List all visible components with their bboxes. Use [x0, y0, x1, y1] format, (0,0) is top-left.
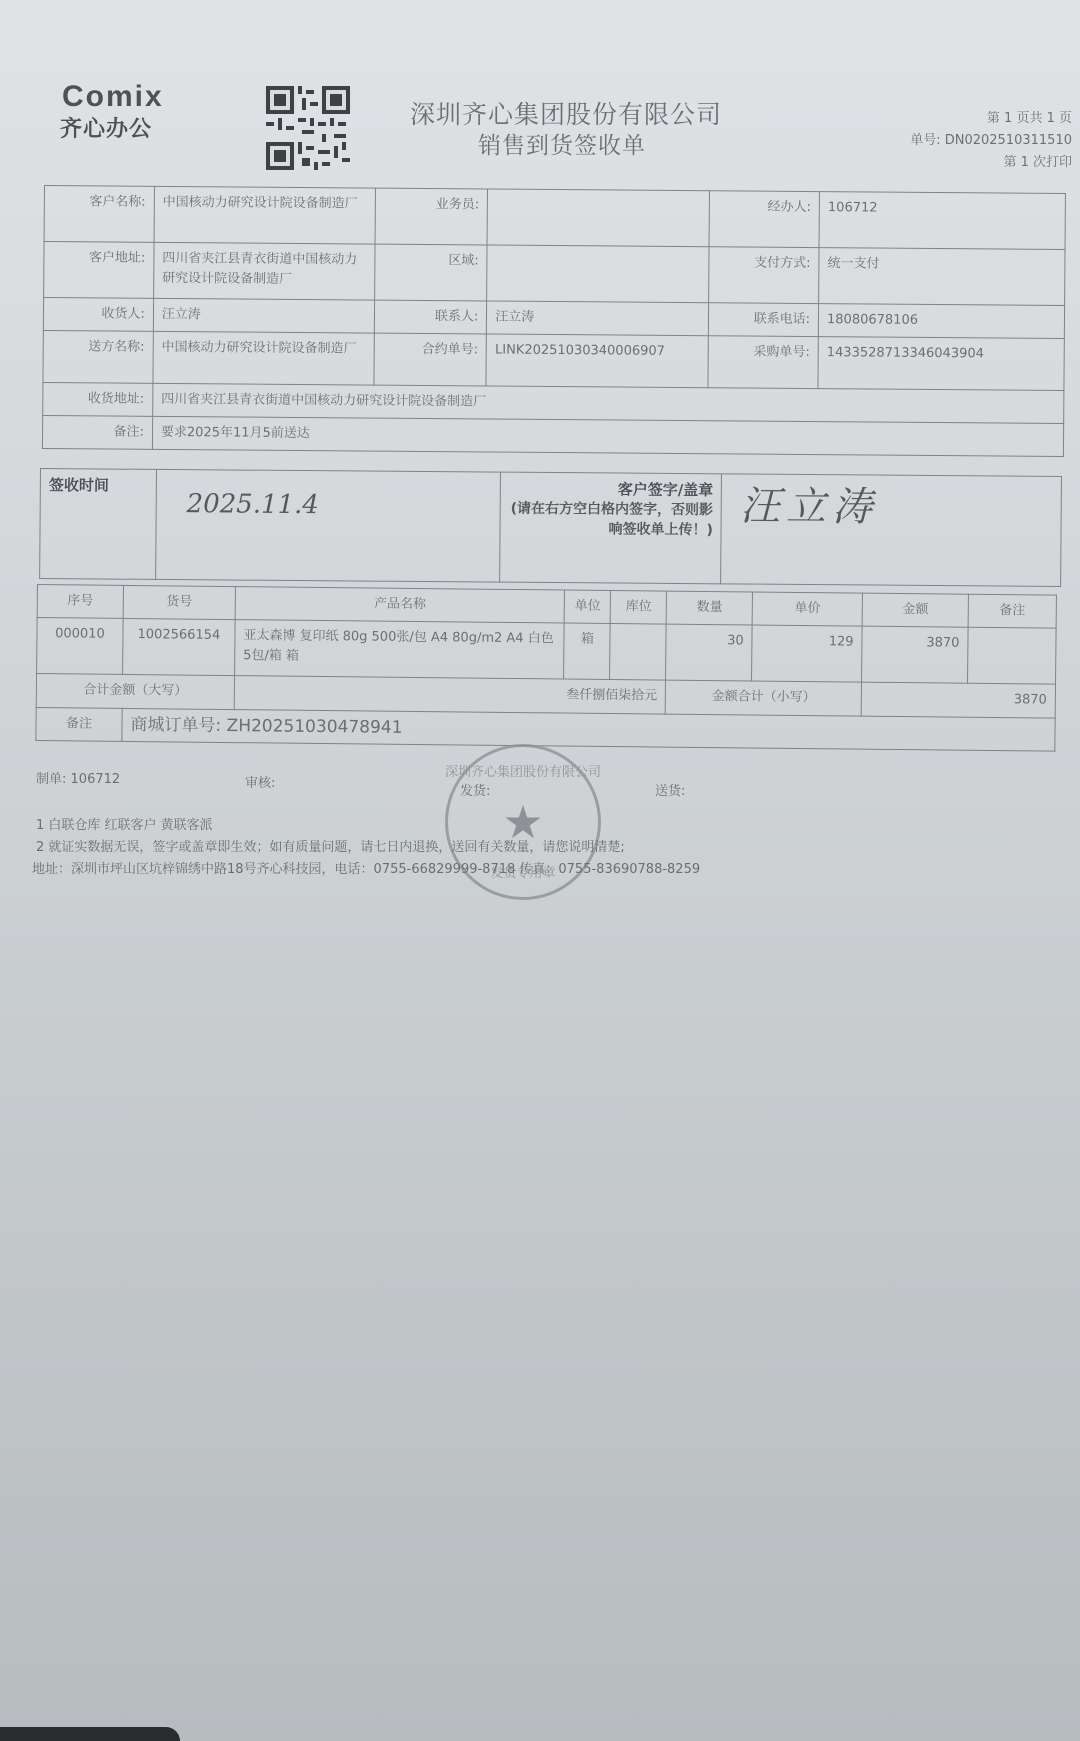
handler-label: 经办人:	[709, 191, 819, 248]
item-seq: 000010	[37, 618, 124, 675]
remark-label: 备注:	[42, 415, 152, 449]
total-lower: 3870	[861, 682, 1055, 718]
col-amount: 金额	[862, 593, 968, 627]
payment-label: 支付方式:	[709, 247, 819, 304]
consignee-label: 送方名称:	[43, 330, 153, 383]
customer-address-label: 客户地址:	[44, 242, 154, 299]
page-info: 第 1 页共 1 页	[910, 108, 1072, 130]
comix-logo: Comix	[62, 80, 164, 114]
photo-shadow	[0, 1727, 180, 1741]
company-address: 地址：深圳市坪山区坑梓锦绣中路18号齐心科技园，电话：0755-66829999…	[32, 858, 700, 877]
remark: 要求2025年11月5前送达	[152, 416, 1063, 456]
item-sku: 1002566154	[123, 618, 236, 675]
phone-label: 联系电话:	[709, 303, 819, 337]
items-table: 序号 货号 产品名称 单位 库位 数量 单价 金额 备注 000010 1002…	[35, 584, 1057, 752]
sign-time: 2025.11.4	[156, 469, 501, 582]
item-amount: 3870	[862, 626, 968, 683]
handler: 106712	[819, 192, 1065, 250]
col-sku: 货号	[123, 585, 235, 619]
comix-logo-cn: 齐心办公	[60, 112, 152, 143]
contract-label: 合约单号:	[374, 333, 486, 386]
salesperson	[487, 189, 709, 247]
col-seq: 序号	[37, 585, 123, 619]
col-location: 库位	[611, 591, 667, 625]
signature-box: 汪立涛	[721, 474, 1061, 587]
sign-time-label: 签收时间	[40, 469, 157, 580]
phone: 18080678106	[818, 304, 1064, 339]
purchase-number: 1433528713346043904	[818, 337, 1064, 391]
customer-info-table: 客户名称: 中国核动力研究设计院设备制造厂 业务员: 经办人: 106712 客…	[42, 185, 1066, 457]
notice: 2 就证实数据无误，签字或盖章即生效；如有质量问题，请七日内退换，送回有关数量，…	[36, 836, 625, 855]
maker: 制单: 106712	[36, 768, 120, 787]
salesperson-label: 业务员:	[376, 188, 488, 245]
item-price: 129	[752, 625, 862, 682]
total-lower-label: 金额合计（小写）	[666, 680, 862, 716]
items-remark-label: 备注	[36, 707, 122, 741]
qr-code-icon	[264, 86, 352, 170]
item-name: 亚太森博 复印纸 80g 500张/包 A4 80g/m2 A4 白色 5包/箱…	[234, 620, 564, 679]
total-upper: 叁仟捌佰柒拾元	[234, 676, 666, 715]
customer-sign-instructions: 客户签字/盖章 (请在右方空白格内签字，否则影响签收单上传！)	[499, 472, 722, 584]
item-unit: 箱	[564, 623, 611, 679]
delivery-address-label: 收货地址:	[43, 382, 153, 416]
receiver: 汪立涛	[153, 298, 375, 333]
total-upper-label: 合计金额（大写）	[36, 674, 234, 710]
order-number: 单号: DN0202510311510	[910, 130, 1072, 152]
contact-label: 联系人:	[375, 300, 487, 334]
item-note	[968, 627, 1057, 684]
print-count: 第 1 次打印	[910, 152, 1072, 174]
item-location	[610, 624, 667, 681]
item-qty: 30	[666, 624, 752, 681]
receiver-label: 收货人:	[43, 298, 153, 332]
document-meta: 第 1 页共 1 页 单号: DN0202510311510 第 1 次打印	[910, 108, 1072, 174]
region-label: 区域:	[375, 244, 487, 301]
consignee: 中国核动力研究设计院设备制造厂	[153, 331, 375, 385]
region	[487, 245, 709, 303]
col-qty: 数量	[666, 591, 752, 625]
document-title: 销售到货签收单	[478, 127, 646, 160]
sign-table: 签收时间 2025.11.4 客户签字/盖章 (请在右方空白格内签字，否则影响签…	[39, 468, 1062, 587]
contract-number: LINK20251030340006907	[486, 334, 708, 388]
col-name: 产品名称	[235, 587, 565, 623]
contact: 汪立涛	[487, 301, 709, 336]
purchase-label: 采购单号:	[708, 336, 818, 389]
customer-address: 四川省夹江县青衣街道中国核动力研究设计院设备制造厂	[153, 242, 375, 300]
customer-name: 中国核动力研究设计院设备制造厂	[154, 186, 376, 244]
delivery-label: 送货:	[655, 780, 685, 799]
copies-note: 1 白联仓库 红联客户 黄联客派	[36, 814, 213, 833]
company-name: 深圳齐心集团股份有限公司	[410, 95, 722, 131]
review-label: 审核:	[245, 772, 275, 791]
col-price: 单价	[752, 592, 862, 626]
col-note: 备注	[968, 594, 1056, 628]
payment-method: 统一支付	[819, 248, 1065, 306]
col-unit: 单位	[565, 590, 611, 623]
customer-name-label: 客户名称:	[44, 186, 154, 243]
